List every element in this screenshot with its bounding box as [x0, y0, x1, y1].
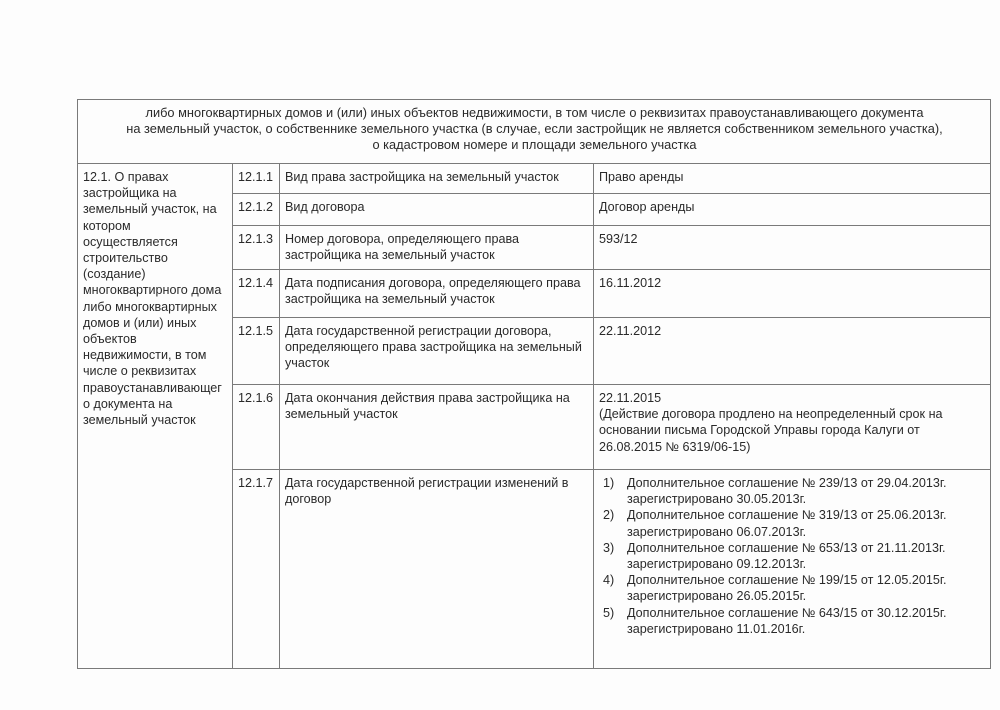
row-field: Дата подписания договора, определяющего … [280, 270, 594, 318]
section-label: 12.1. О правах застройщика на земельный … [78, 164, 233, 669]
amendment-item: 5) Дополнительное соглашение № 643/15 от… [599, 605, 986, 637]
row-value: 593/12 [594, 226, 991, 270]
amendment-item: 3) Дополнительное соглашение № 653/13 от… [599, 540, 986, 572]
row-value: Договор аренды [594, 194, 991, 226]
amendment-index: 4) [599, 572, 627, 604]
row-field: Вид договора [280, 194, 594, 226]
amendment-agreement: Дополнительное соглашение № 199/15 от 12… [627, 572, 986, 588]
amendment-item: 2) Дополнительное соглашение № 319/13 от… [599, 507, 986, 539]
row-field: Вид права застройщика на земельный участ… [280, 164, 594, 194]
amendment-registered: зарегистрировано 06.07.2013г. [627, 524, 986, 540]
row-value: Право аренды [594, 164, 991, 194]
amendment-index: 2) [599, 507, 627, 539]
amendment-agreement: Дополнительное соглашение № 653/13 от 21… [627, 540, 986, 556]
header-line: либо многоквартирных домов и (или) иных … [83, 105, 986, 121]
amendment-registered: зарегистрировано 26.05.2015г. [627, 588, 986, 604]
amendment-agreement: Дополнительное соглашение № 239/13 от 29… [627, 475, 986, 491]
table-row: 12.1. О правах застройщика на земельный … [78, 164, 991, 194]
amendment-item: 1) Дополнительное соглашение № 239/13 от… [599, 475, 986, 507]
row-value: 22.11.2015 [599, 390, 986, 406]
row-value-cell: 22.11.2015 (Действие договора продлено н… [594, 385, 991, 470]
amendment-registered: зарегистрировано 09.12.2013г. [627, 556, 986, 572]
amendment-index: 1) [599, 475, 627, 507]
land-rights-table: либо многоквартирных домов и (или) иных … [77, 99, 991, 669]
row-value: 16.11.2012 [594, 270, 991, 318]
amendments-cell: 1) Дополнительное соглашение № 239/13 от… [594, 470, 991, 669]
row-number: 12.1.5 [233, 318, 280, 385]
amendments-list: 1) Дополнительное соглашение № 239/13 от… [599, 475, 986, 637]
header-line: о кадастровом номере и площади земельног… [83, 137, 986, 153]
document-page: либо многоквартирных домов и (или) иных … [0, 0, 1000, 710]
row-value-note: (Действие договора продлено на неопредел… [599, 406, 986, 455]
row-number: 12.1.6 [233, 385, 280, 470]
amendment-registered: зарегистрировано 11.01.2016г. [627, 621, 986, 637]
row-field: Дата государственной регистрации договор… [280, 318, 594, 385]
table-header-text: либо многоквартирных домов и (или) иных … [78, 100, 991, 164]
row-value: 22.11.2012 [594, 318, 991, 385]
amendment-index: 3) [599, 540, 627, 572]
amendment-agreement: Дополнительное соглашение № 643/15 от 30… [627, 605, 986, 621]
row-field: Номер договора, определяющего права заст… [280, 226, 594, 270]
row-number: 12.1.3 [233, 226, 280, 270]
amendment-registered: зарегистрировано 30.05.2013г. [627, 491, 986, 507]
amendment-index: 5) [599, 605, 627, 637]
header-line: на земельный участок, о собственнике зем… [83, 121, 986, 137]
row-field: Дата государственной регистрации изменен… [280, 470, 594, 669]
row-number: 12.1.7 [233, 470, 280, 669]
table-header-row: либо многоквартирных домов и (или) иных … [78, 100, 991, 164]
amendment-agreement: Дополнительное соглашение № 319/13 от 25… [627, 507, 986, 523]
row-number: 12.1.1 [233, 164, 280, 194]
amendment-item: 4) Дополнительное соглашение № 199/15 от… [599, 572, 986, 604]
row-number: 12.1.4 [233, 270, 280, 318]
row-number: 12.1.2 [233, 194, 280, 226]
row-field: Дата окончания действия права застройщик… [280, 385, 594, 470]
